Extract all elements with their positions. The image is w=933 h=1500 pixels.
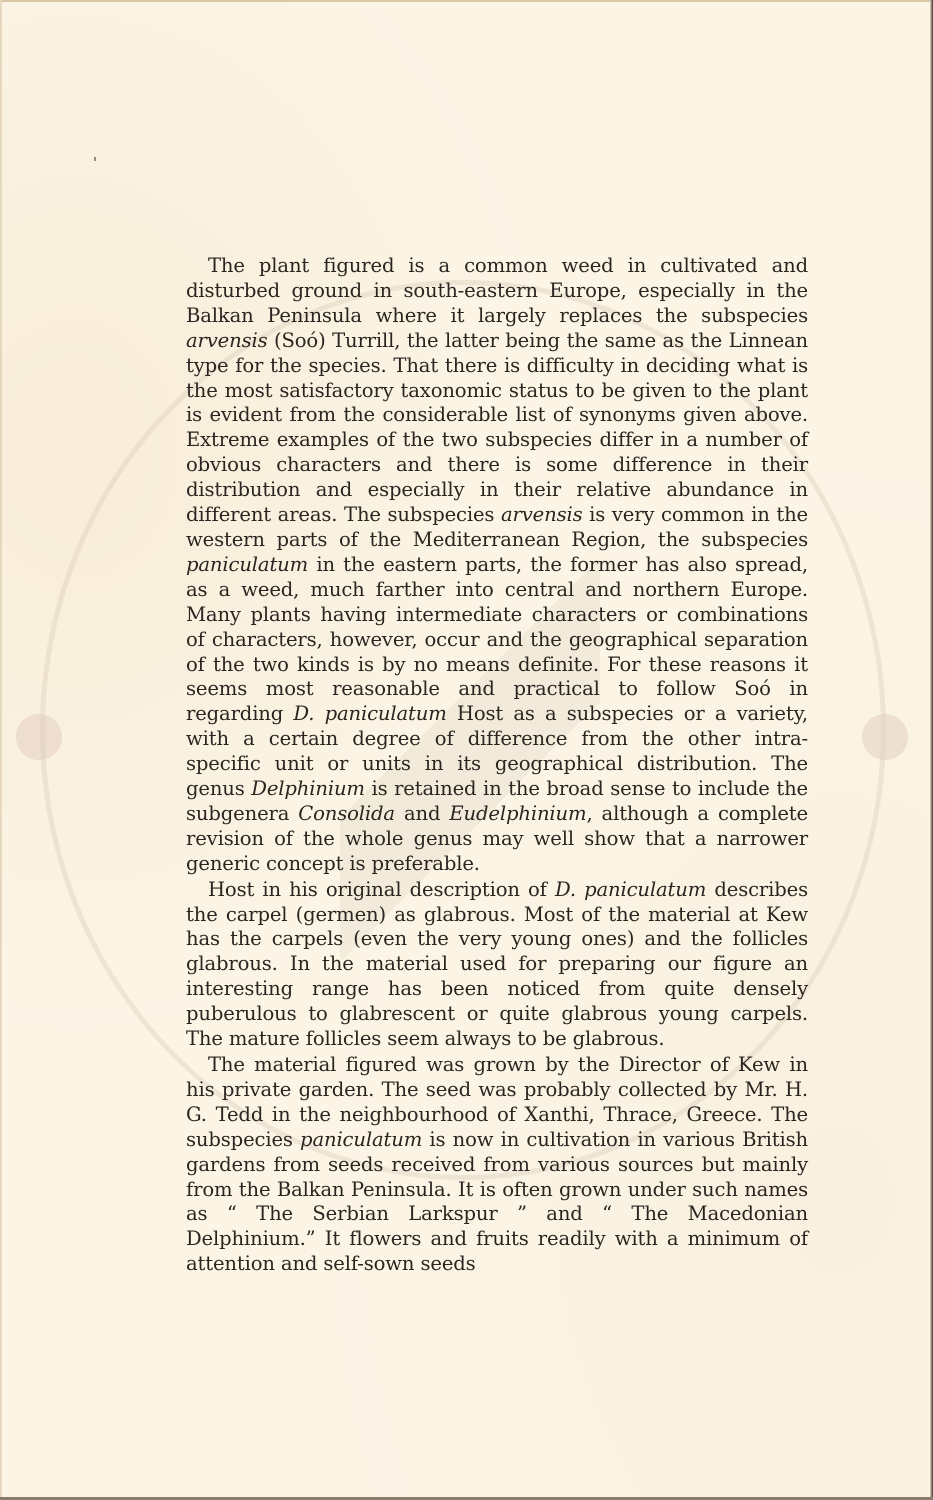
italic-term: D. paniculatum <box>555 878 706 901</box>
text-run: and <box>395 802 449 825</box>
page-edge-top <box>0 0 933 2</box>
text-run: The plant figured is a common weed in cu… <box>186 254 808 327</box>
text-run: Host in his original description of <box>208 878 555 901</box>
italic-term: arvensis <box>186 329 268 352</box>
paper-speck <box>94 157 96 161</box>
watermark-dot-left <box>16 714 62 760</box>
italic-term: Del­phinium <box>251 777 365 800</box>
text-run: in the eastern parts, the former has als… <box>186 553 808 725</box>
watermark-dot-right <box>862 714 908 760</box>
text-run: describes the carpel (germen) as glabrou… <box>186 878 808 1050</box>
paragraph-3: The material figured was grown by the Di… <box>186 1053 808 1277</box>
italic-term: Consolida <box>298 802 395 825</box>
italic-term: paniculatum <box>186 553 308 576</box>
italic-term: arvensis <box>501 503 583 526</box>
paragraph-1: The plant figured is a common weed in cu… <box>186 254 808 877</box>
italic-term: Eudelphinium <box>449 802 586 825</box>
italic-term: paniculatum <box>300 1128 422 1151</box>
body-text: The plant figured is a common weed in cu… <box>186 254 808 1277</box>
paragraph-2: Host in his original description of D. p… <box>186 878 808 1052</box>
page-edge-left <box>0 0 2 1500</box>
text-run: (Soó) Turrill, the latter being the same… <box>186 329 808 526</box>
scanned-page: The plant figured is a common weed in cu… <box>0 0 933 1500</box>
italic-term: D. paniculatum <box>293 702 446 725</box>
